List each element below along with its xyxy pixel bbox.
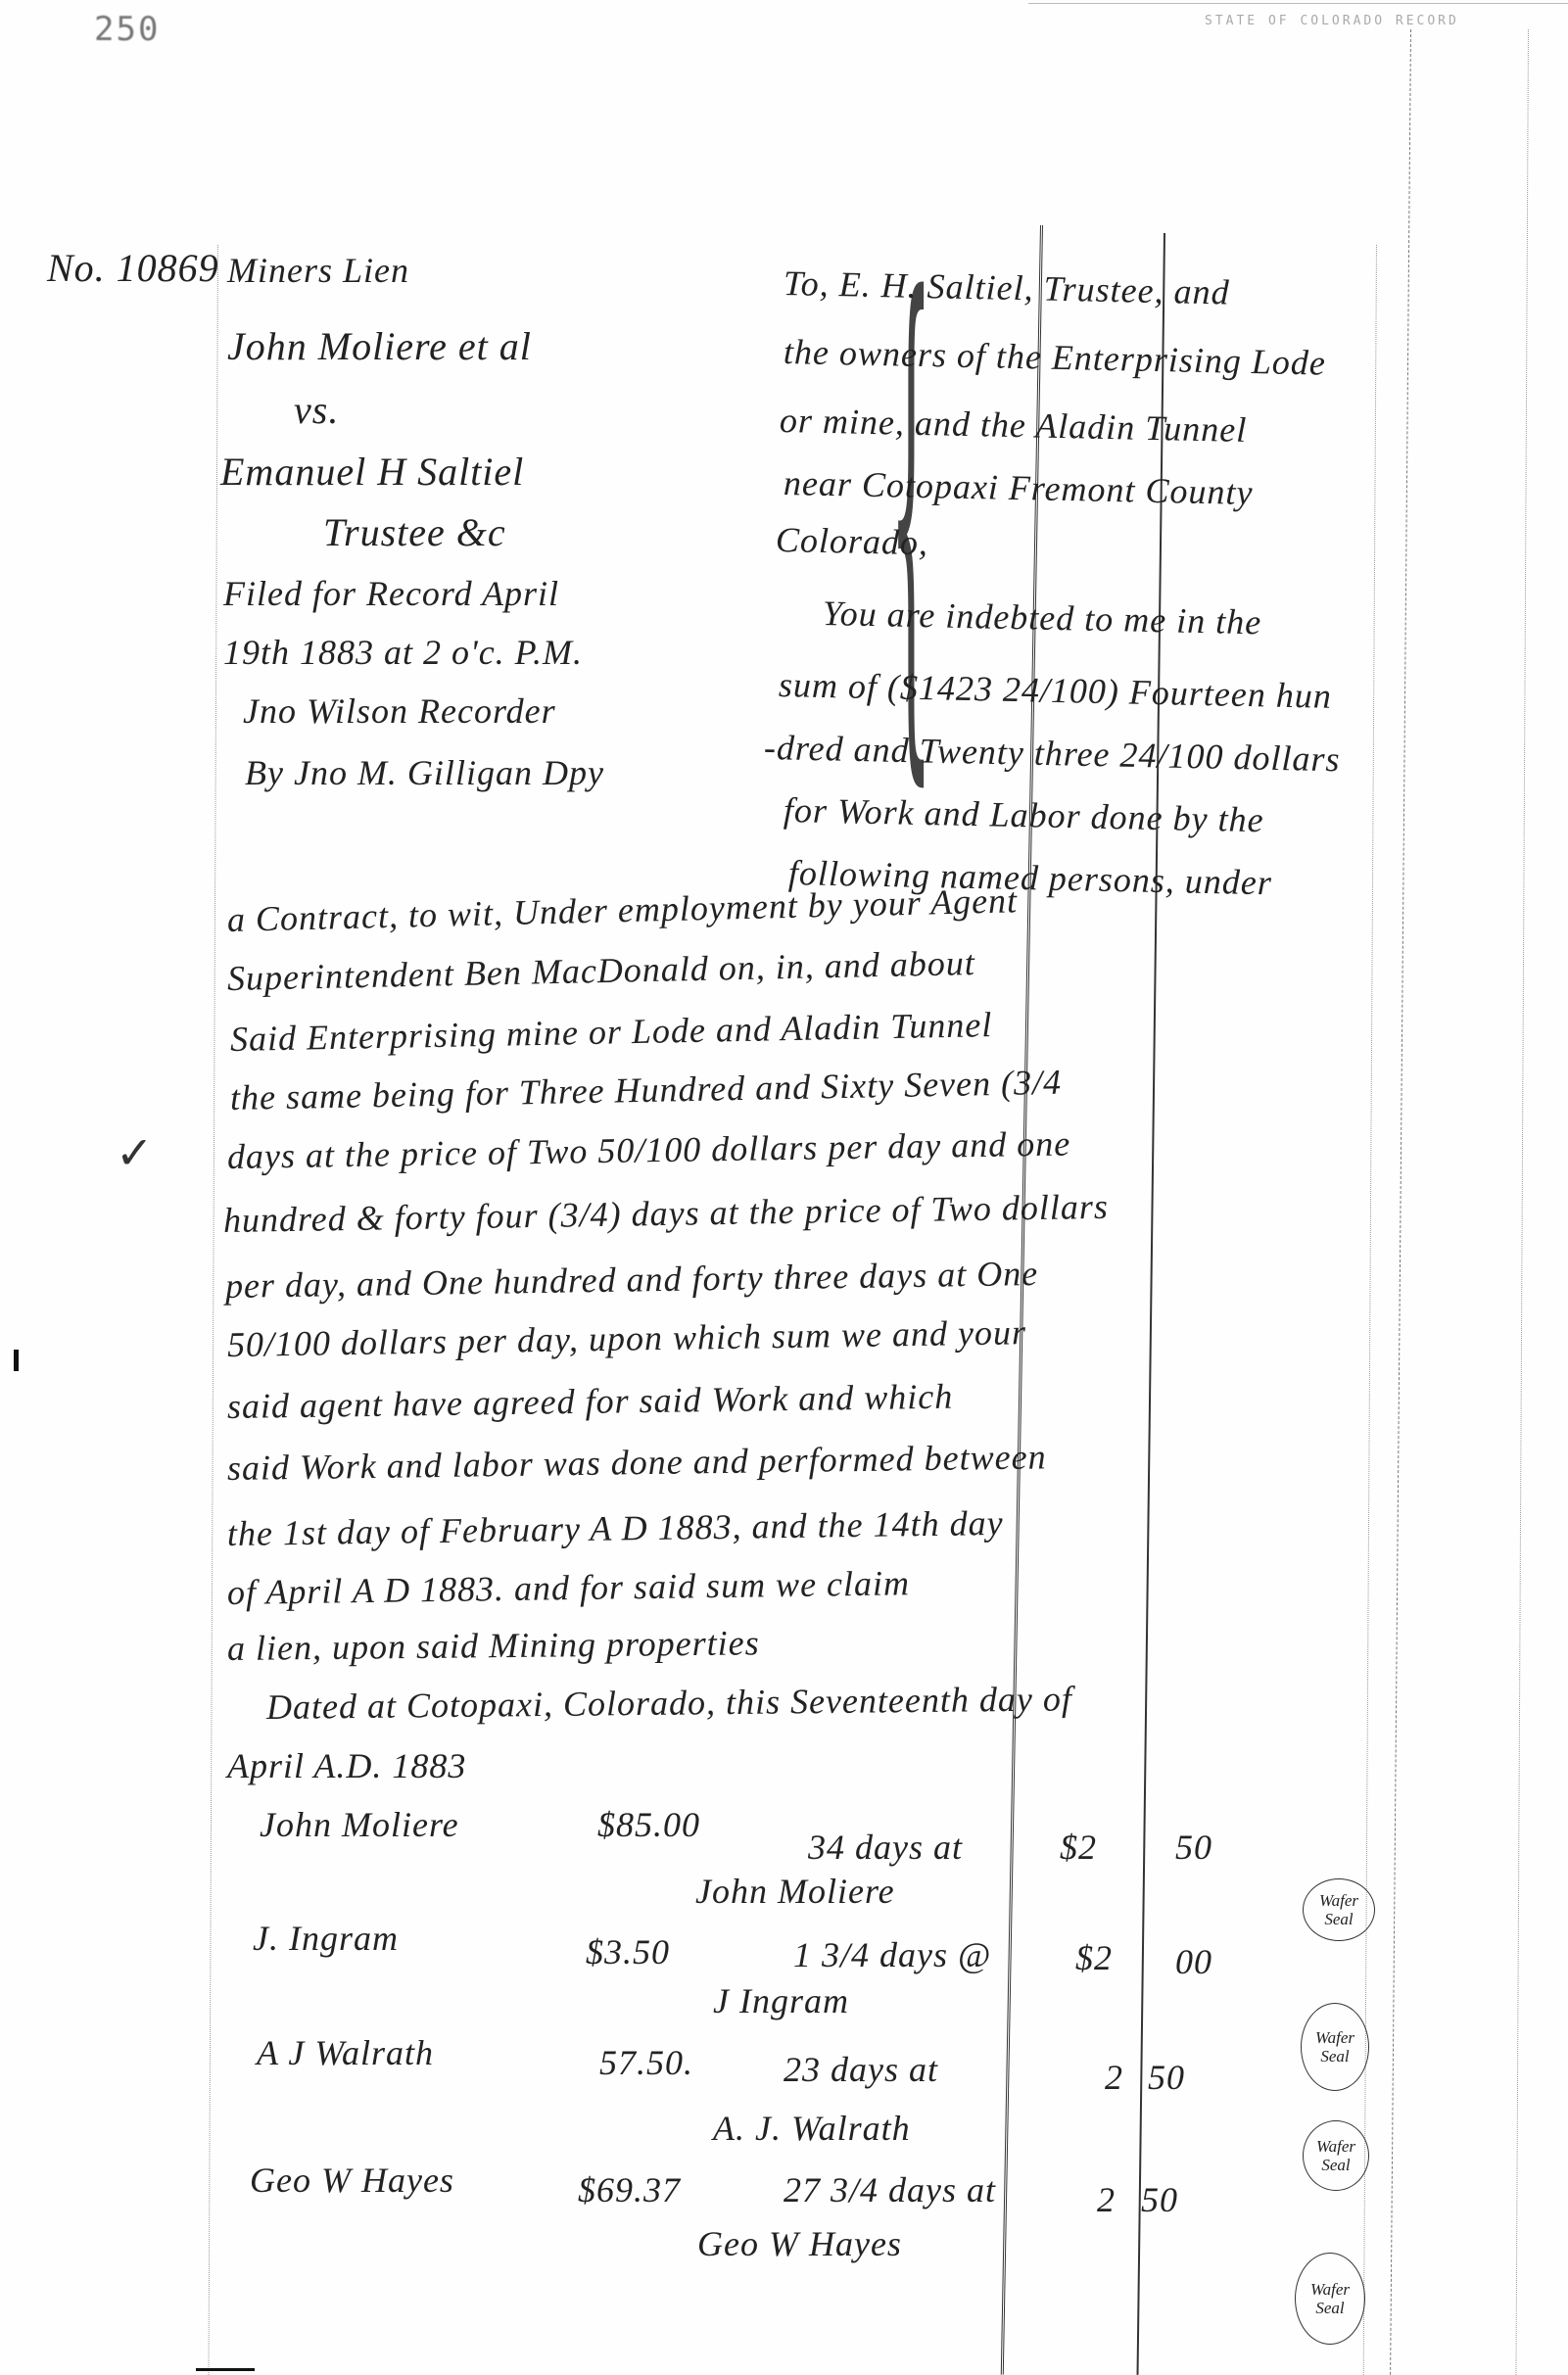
seal-text-line-1: Wafer bbox=[1316, 2137, 1355, 2156]
seal-text-line-2: Seal bbox=[1321, 2156, 1350, 2174]
seal-text-line-2: Seal bbox=[1320, 2047, 1349, 2066]
body-line: said Work and labor was done and perform… bbox=[227, 1436, 1047, 1489]
body-line: Said Enterprising mine or Lode and Aladi… bbox=[230, 1004, 993, 1060]
wafer-seal: Wafer Seal bbox=[1303, 1878, 1375, 1941]
column-rule-cents bbox=[1137, 233, 1165, 2375]
claimant-signature: John Moliere bbox=[695, 1871, 895, 1912]
caption-filed-line-3: Jno Wilson Recorder bbox=[243, 690, 556, 732]
column-rule-dollars bbox=[1001, 225, 1043, 2375]
body-line: the 1st day of February A D 1883, and th… bbox=[227, 1502, 1004, 1554]
check-mark-icon: ✓ bbox=[116, 1126, 154, 1179]
body-line: the same being for Three Hundred and Six… bbox=[230, 1062, 1063, 1118]
body-line: Superintendent Ben MacDonald on, in, and… bbox=[227, 942, 976, 999]
claimant-amount: $85.00 bbox=[597, 1804, 700, 1845]
body-line: -dred and Twenty three 24/100 dollars bbox=[764, 727, 1341, 780]
body-line: Dated at Cotopaxi, Colorado, this Sevent… bbox=[266, 1678, 1072, 1728]
header-faint-text: STATE OF COLORADO RECORD bbox=[1205, 14, 1459, 28]
body-line: or mine, and the Aladin Tunnel bbox=[780, 400, 1248, 451]
claimant-rate-cents: 50 bbox=[1148, 2057, 1185, 2098]
caption-party-2: Emanuel H Saltiel bbox=[220, 449, 524, 495]
body-line: You are indebted to me in the bbox=[823, 593, 1262, 642]
body-line: 50/100 dollars per day, upon which sum w… bbox=[227, 1311, 1027, 1365]
claimant-days: 27 3/4 days at bbox=[784, 2169, 996, 2210]
caption-party-2-role: Trustee &c bbox=[323, 509, 506, 555]
body-line: To, E. H. Saltiel, Trustee, and bbox=[784, 262, 1230, 313]
seal-text-line-1: Wafer bbox=[1310, 2280, 1350, 2299]
claimant-signature: J Ingram bbox=[713, 1980, 849, 2021]
caption-versus: vs. bbox=[294, 387, 339, 433]
body-line: said agent have agreed for said Work and… bbox=[227, 1376, 954, 1427]
caption-filed-line-4: By Jno M. Gilligan Dpy bbox=[245, 752, 604, 793]
scan-artifact-bar bbox=[196, 2368, 255, 2371]
claimant-name: A J Walrath bbox=[257, 2032, 434, 2073]
claimant-rate-dollars: $2 bbox=[1075, 1937, 1113, 1978]
record-number: No. 10869 bbox=[47, 245, 219, 291]
claimant-amount: $69.37 bbox=[578, 2169, 681, 2210]
page-number-stamp: 250 bbox=[94, 10, 160, 49]
left-margin-line bbox=[209, 245, 218, 2375]
body-line: Colorado, bbox=[776, 519, 929, 563]
body-line: for Work and Labor done by the bbox=[784, 789, 1264, 840]
body-line: per day, and One hundred and forty three… bbox=[225, 1253, 1039, 1306]
seal-text-line-2: Seal bbox=[1315, 2299, 1344, 2317]
claimant-rate-dollars: 2 bbox=[1097, 2179, 1116, 2220]
top-border-line bbox=[1028, 3, 1568, 4]
caption-filed-line-2: 19th 1883 at 2 o'c. P.M. bbox=[223, 632, 583, 673]
claimant-rate-cents: 00 bbox=[1175, 1941, 1212, 1982]
body-line: days at the price of Two 50/100 dollars … bbox=[227, 1122, 1071, 1177]
body-line: a Contract, to wit, Under employment by … bbox=[226, 879, 1018, 940]
far-right-margin-line bbox=[1515, 29, 1529, 2375]
caption-party-1: John Moliere et al bbox=[227, 323, 532, 369]
claimant-days: 34 days at bbox=[808, 1827, 963, 1868]
wafer-seal: Wafer Seal bbox=[1295, 2253, 1365, 2345]
body-line: sum of ($1423 24/100) Fourteen hun bbox=[779, 664, 1333, 717]
claimant-days: 23 days at bbox=[784, 2049, 938, 2090]
body-line: April A.D. 1883 bbox=[227, 1745, 466, 1786]
claimant-rate-cents: 50 bbox=[1175, 1827, 1212, 1868]
body-line: near Cotopaxi Fremont County bbox=[784, 462, 1254, 513]
right-margin-line bbox=[1390, 29, 1411, 2375]
claimant-signature: Geo W Hayes bbox=[697, 2223, 902, 2264]
claimant-rate-dollars: $2 bbox=[1060, 1827, 1097, 1868]
seal-text-line-2: Seal bbox=[1324, 1910, 1353, 1928]
body-line: of April A D 1883. and for said sum we c… bbox=[227, 1562, 911, 1613]
claimant-rate-dollars: 2 bbox=[1105, 2057, 1123, 2098]
claimant-rate-cents: 50 bbox=[1141, 2179, 1178, 2220]
caption-title: Miners Lien bbox=[227, 250, 409, 291]
claimant-signature: A. J. Walrath bbox=[713, 2108, 911, 2149]
claimant-days: 1 3/4 days @ bbox=[793, 1934, 991, 1975]
wafer-seal: Wafer Seal bbox=[1301, 2003, 1369, 2091]
document-page: STATE OF COLORADO RECORD 250 No. 10869 M… bbox=[0, 0, 1568, 2375]
claimant-name: John Moliere bbox=[260, 1804, 459, 1845]
caption-filed-line-1: Filed for Record April bbox=[223, 573, 559, 614]
claimant-amount: 57.50. bbox=[599, 2042, 693, 2083]
claimant-name: Geo W Hayes bbox=[250, 2160, 454, 2201]
claimant-amount: $3.50 bbox=[586, 1931, 670, 1972]
claimant-name: J. Ingram bbox=[253, 1918, 399, 1959]
body-line: hundred & forty four (3/4) days at the p… bbox=[223, 1186, 1110, 1241]
seal-text-line-1: Wafer bbox=[1315, 2028, 1354, 2047]
wafer-seal: Wafer Seal bbox=[1303, 2120, 1369, 2191]
body-line: a lien, upon said Mining properties bbox=[227, 1622, 760, 1669]
body-line: the owners of the Enterprising Lode bbox=[784, 331, 1327, 384]
seal-text-line-1: Wafer bbox=[1319, 1891, 1358, 1910]
scan-artifact-mark bbox=[14, 1350, 19, 1371]
